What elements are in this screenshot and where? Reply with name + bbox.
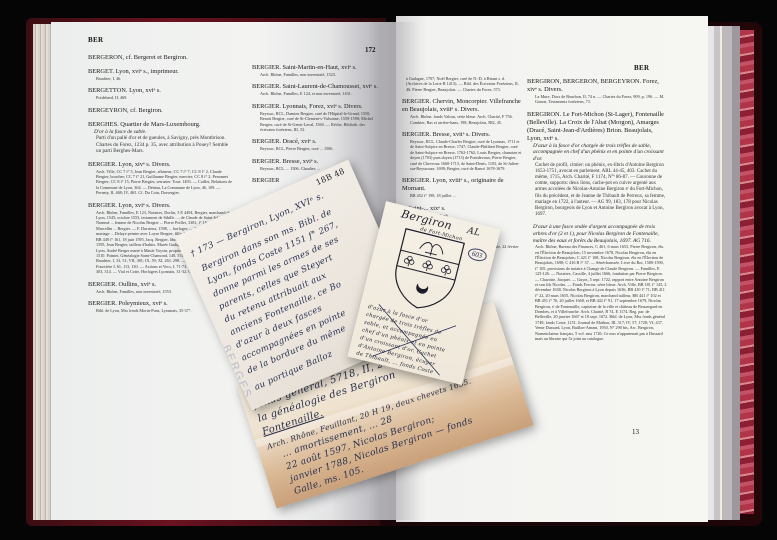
dictionary-entry: BERGIER. Dracé, xviᵉ s. Beyssac, RCL, Pi… (252, 138, 380, 151)
running-head-right: BER (634, 64, 649, 72)
coat-of-arms-shield-icon (386, 226, 467, 317)
dictionary-entry: BERGIER. Lyon, xviiiᵉ s., originaire de … (402, 177, 522, 198)
dictionary-entry: BERGIER. Chervin, Moncorpier. Villefranc… (402, 98, 522, 125)
circled-reference-number: 603 (467, 247, 488, 263)
page-edges-right (706, 26, 740, 520)
dictionary-entry: BERGIER. Bresse, xviᵉ s. Beyssac, RCL. .… (252, 158, 380, 171)
dictionary-entry: D'azur à une fasce ondée d'argent accomp… (527, 224, 667, 341)
dictionary-entry: BERGIER. Saint-Laurent-de-Chamousset, xv… (252, 83, 380, 96)
dictionary-entry: BERGERON, cf. Bergeret et Bergiron. (88, 54, 234, 62)
dictionary-entry: BERGEYRON, cf. Bergiron. (88, 107, 234, 115)
dictionary-entry: BERGHES. Quartier de Mars-Luxembourg. D'… (88, 121, 234, 155)
dictionary-entry: BERGIER. Bresse, xviiᵉ s. Divers. Beyssa… (402, 131, 522, 171)
dictionary-entry: BERGIRON. Le Fort-Michon (St-Lager), Fon… (527, 111, 667, 219)
dictionary-entry: BERGIER. Lyonnais, Forez, xviᵉ s. Divers… (252, 103, 380, 133)
running-head-left: BER (88, 36, 103, 44)
dictionary-entry: BERGETTON. Lyon, xviᵉ s. Poidebard, II, … (88, 87, 234, 100)
dictionary-entry: BERGIRON, BERGERON, BERGEYRON. Forez, xi… (527, 78, 667, 105)
dictionary-entry: à Gadagne, 1707; Noël Bergier, curé de N… (402, 76, 522, 92)
open-book-photo: BER 172 BERGERON, cf. Bergeret et Bergir… (0, 0, 777, 540)
dictionary-entry: BERGIER. Saint-Martin-en-Haut, xviᵉ s. A… (252, 64, 380, 77)
dictionary-entry: BERGET. Lyon, xviᵉ s., imprimeur. Baudri… (88, 68, 234, 81)
right-page-column-2: BERGIRON, BERGERON, BERGEYRON. Forez, xi… (527, 78, 667, 348)
page-number-right: 13 (632, 428, 639, 436)
marbled-page-edge (740, 30, 754, 514)
dictionary-entry: BERGIER. Lyon, xivᵉ s. Divers. Arch. Vil… (88, 161, 234, 196)
page-edges-left (33, 24, 51, 520)
page-number-left: 172 (365, 46, 376, 54)
left-page-column-2: BERGIER. Saint-Martin-en-Haut, xviᵉ s. A… (252, 64, 380, 191)
